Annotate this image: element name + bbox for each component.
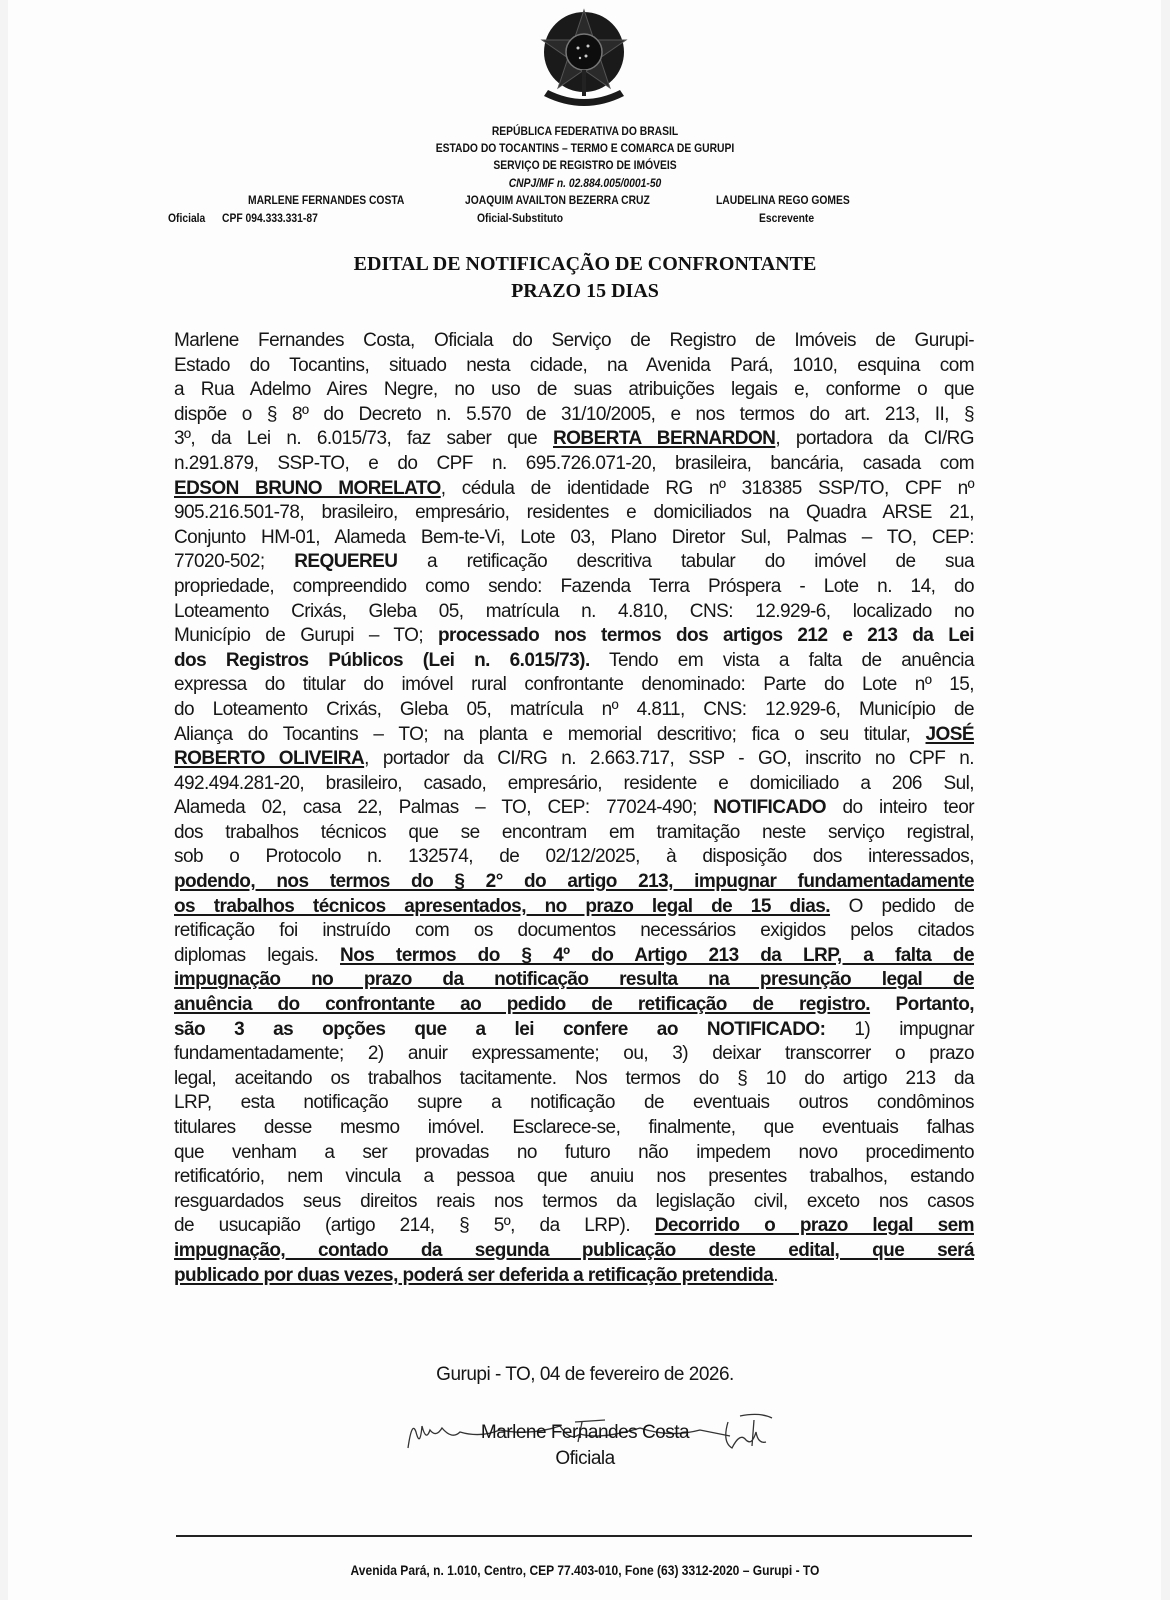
body-line: titulares desse mesmo imóvel. Esclarece-… xyxy=(174,1116,974,1141)
signer-role: Oficiala xyxy=(0,1448,1170,1470)
body-line: 492.494.281-20, brasileiro, casado, empr… xyxy=(174,772,974,797)
final-clause: Decorrido o prazo legal sem xyxy=(655,1215,974,1236)
body-line: que venham a ser provadas no futuro não … xyxy=(174,1141,974,1166)
text: , cédula de identidade RG nº 318385 SSP/… xyxy=(441,478,974,499)
deadline-clause: os trabalhos técnicos apresentados, no p… xyxy=(174,896,830,917)
text: de usucapião (artigo 214, § 5º, da LRP). xyxy=(174,1215,655,1236)
text: , portadora da CI/RG xyxy=(775,428,974,449)
body-line: Aliança do Tocantins – TO; na planta e m… xyxy=(174,723,974,748)
official-cpf-1: CPF 094.333.331-87 xyxy=(222,211,318,225)
body-line: publicado por duas vezes, poderá ser def… xyxy=(174,1264,974,1289)
body-line: Alameda 02, casa 22, Palmas – TO, CEP: 7… xyxy=(174,796,974,821)
presumption-clause: Nos termos do § 4º do Artigo 213 da LRP,… xyxy=(340,945,974,966)
body-line: EDSON BRUNO MORELATO, cédula de identida… xyxy=(174,477,974,502)
body-line-emphasis: impugnação, contado da segunda publicaçã… xyxy=(174,1239,974,1264)
body-line: do Loteamento Crixás, Gleba 05, matrícul… xyxy=(174,698,974,723)
document-subtitle: PRAZO 15 DIAS xyxy=(0,280,1170,303)
text: do inteiro teor xyxy=(826,797,974,818)
header-service: SERVIÇO DE REGISTRO DE IMÓVEIS xyxy=(82,158,1088,172)
footer-divider xyxy=(176,1535,972,1537)
text: Município de Gurupi – TO; xyxy=(174,625,438,646)
body-line: sob o Protocolo n. 132574, de 02/12/2025… xyxy=(174,845,974,870)
text: Alameda 02, casa 22, Palmas – TO, CEP: 7… xyxy=(174,797,713,818)
header-state: ESTADO DO TOCANTINS – TERMO E COMARCA DE… xyxy=(82,141,1088,155)
body-line-emphasis: podendo, nos termos do § 2° do artigo 21… xyxy=(174,870,974,895)
notified-name-cont: ROBERTO OLIVEIRA xyxy=(174,748,364,769)
text: O pedido de xyxy=(830,896,974,917)
body-line: legal, aceitando os trabalhos tacitament… xyxy=(174,1067,974,1092)
body-line: n.291.879, SSP-TO, e do CPF n. 695.726.0… xyxy=(174,452,974,477)
official-role-1: Oficiala xyxy=(168,211,205,225)
body-line: Conjunto HM-01, Alameda Bem-te-Vi, Lote … xyxy=(174,526,974,551)
requereu-keyword: REQUEREU xyxy=(294,551,397,572)
options-clause: são 3 as opções que a lei confere ao NOT… xyxy=(174,1019,825,1040)
text: 77020-502; xyxy=(174,551,294,572)
text: . xyxy=(773,1265,778,1286)
header-republic: REPÚBLICA FEDERATIVA DO BRASIL xyxy=(82,124,1088,138)
place-date: Gurupi - TO, 04 de fevereiro de 2026. xyxy=(0,1364,1170,1386)
signer-name: Marlene Fernandes Costa xyxy=(0,1422,1170,1444)
final-clause-cont: publicado por duas vezes, poderá ser def… xyxy=(174,1265,773,1286)
official-name-3: LAUDELINA REGO GOMES xyxy=(716,193,850,207)
body-line: Estado do Tocantins, situado nesta cidad… xyxy=(174,354,974,379)
body-line: de usucapião (artigo 214, § 5º, da LRP).… xyxy=(174,1214,974,1239)
body-line: fundamentadamente; 2) anuir expressament… xyxy=(174,1042,974,1067)
body-line: resguardados seus direitos reais nos ter… xyxy=(174,1190,974,1215)
body-line: a Rua Adelmo Aires Negre, no uso de suas… xyxy=(174,378,974,403)
body-line: os trabalhos técnicos apresentados, no p… xyxy=(174,895,974,920)
official-role-3: Escrevente xyxy=(759,211,814,225)
body-line: Município de Gurupi – TO; processado nos… xyxy=(174,624,974,649)
body-line: 77020-502; REQUEREU a retificação descri… xyxy=(174,550,974,575)
header-cnpj: CNPJ/MF n. 02.884.005/0001-50 xyxy=(82,176,1088,190)
notificado-keyword: NOTIFICADO xyxy=(713,797,826,818)
body-line: dos trabalhos técnicos que se encontram … xyxy=(174,821,974,846)
official-role-2: Oficial-Substituto xyxy=(477,211,563,225)
body-line: 3º, da Lei n. 6.015/73, faz saber que RO… xyxy=(174,427,974,452)
presumption-clause-cont: anuência do confrontante ao pedido de re… xyxy=(174,994,870,1015)
body-line: expressa do titular do imóvel rural conf… xyxy=(174,673,974,698)
body-line: retificação foi instruído com os documen… xyxy=(174,919,974,944)
body-line: são 3 as opções que a lei confere ao NOT… xyxy=(174,1018,974,1043)
body-line: Loteamento Crixás, Gleba 05, matrícula n… xyxy=(174,600,974,625)
text: a retificação descritiva tabular do imóv… xyxy=(397,551,974,572)
legal-basis-cont: dos Registros Públicos (Lei n. 6.015/73)… xyxy=(174,650,590,671)
body-line: LRP, esta notificação supre a notificaçã… xyxy=(174,1091,974,1116)
body-line: retificatório, nem vincula a pessoa que … xyxy=(174,1165,974,1190)
body-line: dispõe o § 8º do Decreto n. 5.570 de 31/… xyxy=(174,403,974,428)
body-line-emphasis: impugnação no prazo da notificação resul… xyxy=(174,968,974,993)
document-title: EDITAL DE NOTIFICAÇÃO DE CONFRONTANTE xyxy=(0,253,1170,276)
brazil-coat-of-arms-icon xyxy=(522,4,646,112)
body-line: anuência do confrontante ao pedido de re… xyxy=(174,993,974,1018)
official-name-2: JOAQUIM AVAILTON BEZERRA CRUZ xyxy=(465,193,650,207)
footer-address: Avenida Pará, n. 1.010, Centro, CEP 77.4… xyxy=(82,1562,1088,1578)
text: diplomas legais. xyxy=(174,945,340,966)
official-name-1: MARLENE FERNANDES COSTA xyxy=(248,193,404,207)
body-line: 905.216.501-78, brasileiro, empresário, … xyxy=(174,501,974,526)
text: Aliança do Tocantins – TO; na planta e m… xyxy=(174,724,926,745)
requester-name-2: EDSON BRUNO MORELATO xyxy=(174,478,441,499)
text: Portanto, xyxy=(870,994,974,1015)
body-line: dos Registros Públicos (Lei n. 6.015/73)… xyxy=(174,649,974,674)
text: Tendo em vista a falta de anuência xyxy=(590,650,974,671)
body-line: Marlene Fernandes Costa, Oficiala do Ser… xyxy=(174,329,974,354)
edital-body: Marlene Fernandes Costa, Oficiala do Ser… xyxy=(174,329,974,1288)
text: , portador da CI/RG n. 2.663.717, SSP - … xyxy=(364,748,974,769)
body-line: diplomas legais. Nos termos do § 4º do A… xyxy=(174,944,974,969)
requester-name-1: ROBERTA BERNARDON xyxy=(553,428,775,449)
body-line: propriedade, compreendido como sendo: Fa… xyxy=(174,575,974,600)
legal-basis: processado nos termos dos artigos 212 e … xyxy=(438,625,974,646)
body-line: ROBERTO OLIVEIRA, portador da CI/RG n. 2… xyxy=(174,747,974,772)
text: 1) impugnar xyxy=(825,1019,974,1040)
text: 3º, da Lei n. 6.015/73, faz saber que xyxy=(174,428,553,449)
notified-name: JOSÉ xyxy=(926,724,975,745)
